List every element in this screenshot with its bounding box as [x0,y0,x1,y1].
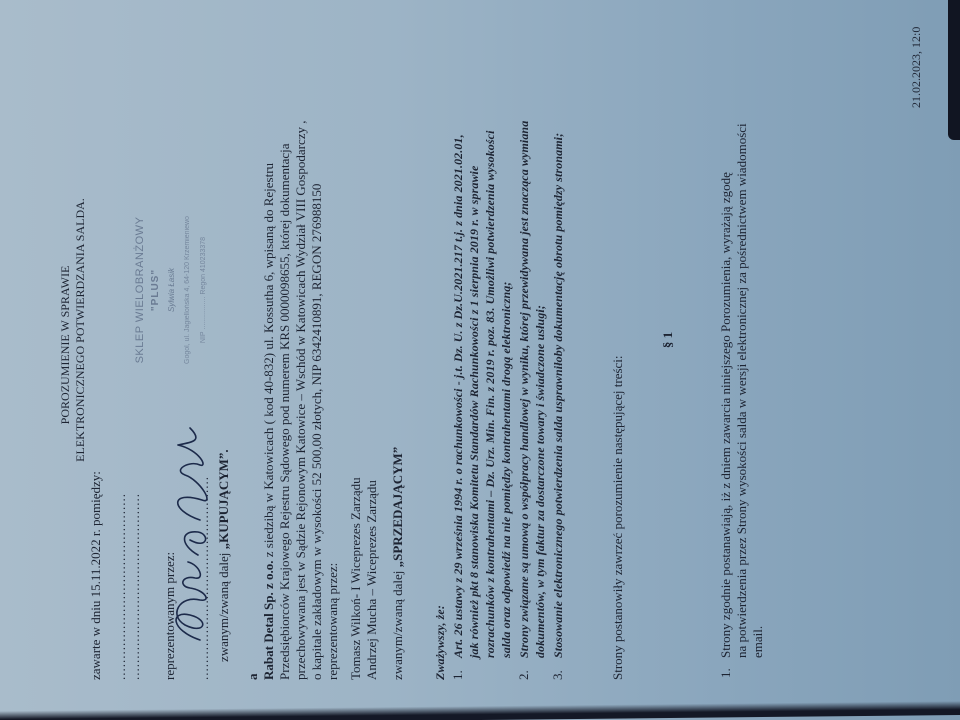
intro-text: zawarte w dniu 15.11.2022 r. pomiędzy: [88,471,104,680]
document-page: 21.02.2023, 12:0 POROZUMIENIE W SPRAWIE … [0,0,960,720]
whereas-heading: Zważywszy, że: [432,605,448,680]
print-date: 21.02.2023, 12:0 [908,27,924,108]
section-mark: § 1 [660,0,676,720]
whereas-item-line: Stosowanie elektronicznego potwierdzenia… [550,133,566,658]
whereas-item-line: Art. 26 ustawy z 29 września 1994 r. o r… [450,134,466,658]
resolution-text: Strony postanowiły zawrzeć porozumienie … [610,355,626,680]
stamp-line-2: "PLUS" [148,180,164,400]
clause-line: na potwierdzenia przez Strony wysokości … [734,123,750,658]
buyer-clause: zwanym/zwaną dalej „KUPUJĄCYM”. [216,449,232,662]
title-line-2: ELEKTRONICZNEGO POTWIERDZANIA SALDA. [73,0,88,720]
whereas-item-number: 3. [550,670,566,680]
seller-rep-2: Andrzej Mucha – Wiceprezes Zarządu [364,480,380,680]
whereas-item-number: 1. [450,670,466,680]
stamp-line-1: SKLEP WIELOBRANŻOWY [132,180,148,400]
seller-line-1-rest: z siedzibą w Katowicach ( kod 40-832) ul… [261,163,276,561]
whereas-item-line: salda oraz odpowiedź na nie pomiędzy kon… [498,282,514,658]
buyer-clause-name: „KUPUJĄCYM”. [216,449,231,549]
seller-line-2: Przedsiębiorców Krajowego Rejestru Sądow… [277,144,293,681]
whereas-item-line: dokumentów, w tym faktur za dostarczone … [532,305,548,658]
stamp-line-4: Gogol, ul. Jagiellońska 4, 64-120 Krzemi… [180,180,196,400]
conjunction: a [245,674,261,681]
clause-line: email. [750,626,766,658]
seller-line-5: reprezentowaną przez: [325,563,341,680]
seller-clause-name: „SPRZEDAJĄCYM” [390,447,405,568]
party-blank-line-2: ........................................… [127,493,143,680]
company-stamp: SKLEP WIELOBRANŻOWY "PLUS" Sylwia Łasik … [132,180,212,400]
seller-line-1: Rabat Detal Sp. z o.o. z siedzibą w Kato… [261,163,277,680]
handwritten-signature [160,410,220,650]
seller-rep-1: Tomasz Wilkoń- I Wiceprezes Zarządu [348,477,364,680]
whereas-item-line: jak również pkt 8 stanowiska Komitetu St… [466,166,482,658]
clause-line: Strony zgodnie postanawiają, iż z dniem … [718,172,734,658]
seller-line-3: przechowywana jest w Sądzie Rejonowym Ka… [293,121,309,681]
clause-number: 1. [718,668,734,678]
stamp-line-3: Sylwia Łasik [164,180,180,400]
seller-clause-prefix: zwanym/zwaną dalej [390,567,405,680]
whereas-item-line: Strony związane są umową o współpracy ha… [516,121,532,658]
seller-line-4: o kapitale zakładowym w wysokości 52 500… [309,184,325,680]
seller-name: Rabat Detal Sp. z o.o. [261,560,276,680]
title-line-1: POROZUMIENIE W SPRAWIE [58,0,73,720]
whereas-item-line: rozrachunków z kontrahentami – Dz. Urz. … [482,130,498,658]
seller-clause: zwanym/zwaną dalej „SPRZEDAJĄCYM” [390,447,406,680]
stamp-line-5: NIP ................. Regon 410233378 [196,180,212,400]
whereas-item-number: 2. [516,670,532,680]
buyer-clause-prefix: zwanym/zwaną dalej [216,549,231,662]
